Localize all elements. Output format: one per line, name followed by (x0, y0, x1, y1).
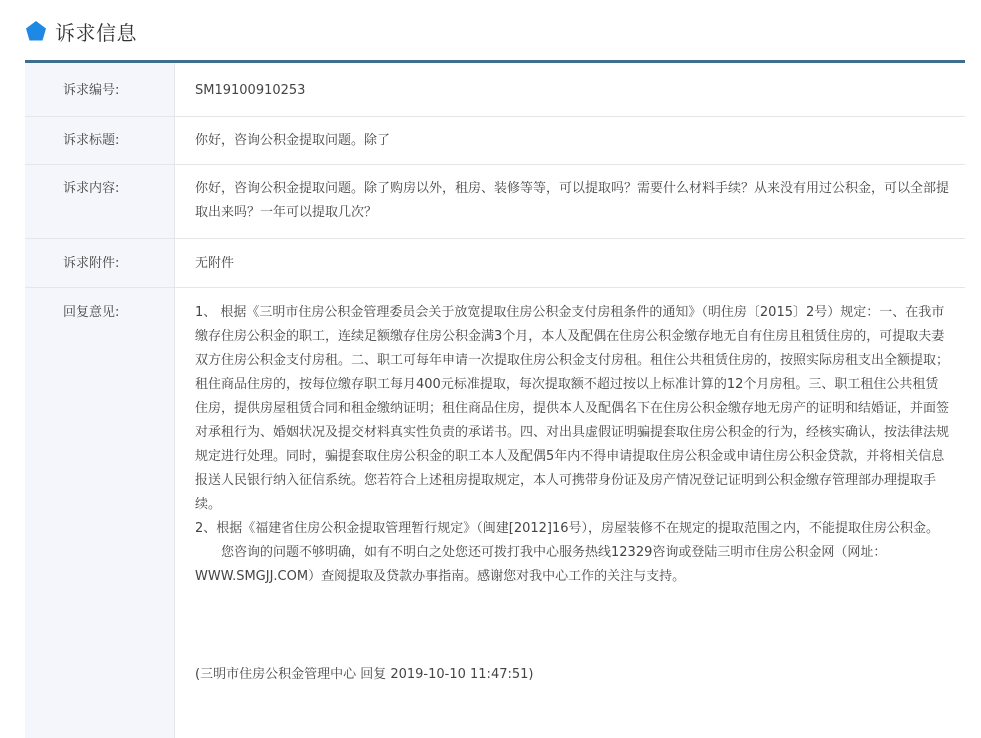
label-appeal-attachment: 诉求附件: (25, 239, 175, 287)
reply-paragraph-2: 2、根据《福建省住房公积金提取管理暂行规定》（闽建[2012]16号），房屋装修… (195, 517, 949, 541)
row-appeal-title: 诉求标题: 你好，咨询公积金提取问题。除了 (25, 117, 965, 165)
pentagon-icon (25, 20, 47, 42)
appeal-info-table: 诉求编号: SM19100910253 诉求标题: 你好，咨询公积金提取问题。除… (25, 60, 965, 733)
label-appeal-content: 诉求内容: (25, 165, 175, 238)
label-appeal-title: 诉求标题: (25, 117, 175, 164)
value-appeal-title: 你好，咨询公积金提取问题。除了 (175, 117, 965, 164)
value-appeal-content: 你好，咨询公积金提取问题。除了购房以外，租房、装修等等，可以提取吗？需要什么材料… (175, 165, 965, 238)
label-appeal-number: 诉求编号: (25, 63, 175, 116)
row-reply: 回复意见: 1、 根据《三明市住房公积金管理委员会关于放宽提取住房公积金支付房租… (25, 288, 965, 733)
section-title: 诉求信息 (55, 17, 137, 46)
reply-paragraph-1: 1、 根据《三明市住房公积金管理委员会关于放宽提取住房公积金支付房租条件的通知》… (195, 301, 949, 517)
row-appeal-attachment: 诉求附件: 无附件 (25, 239, 965, 288)
row-appeal-number: 诉求编号: SM19100910253 (25, 63, 965, 117)
reply-signature: (三明市住房公积金管理中心 回复 2019-10-10 11:47:51) (195, 663, 949, 687)
value-appeal-attachment: 无附件 (175, 239, 965, 287)
label-reply: 回复意见: (25, 288, 175, 733)
value-reply: 1、 根据《三明市住房公积金管理委员会关于放宽提取住房公积金支付房租条件的通知》… (175, 288, 965, 733)
value-appeal-number: SM19100910253 (175, 63, 965, 116)
reply-paragraph-3: 您咨询的问题不够明确，如有不明白之处您还可拨打我中心服务热线12329咨询或登陆… (195, 541, 949, 589)
section-header: 诉求信息 (25, 16, 137, 46)
row-appeal-content: 诉求内容: 你好，咨询公积金提取问题。除了购房以外，租房、装修等等，可以提取吗？… (25, 165, 965, 239)
